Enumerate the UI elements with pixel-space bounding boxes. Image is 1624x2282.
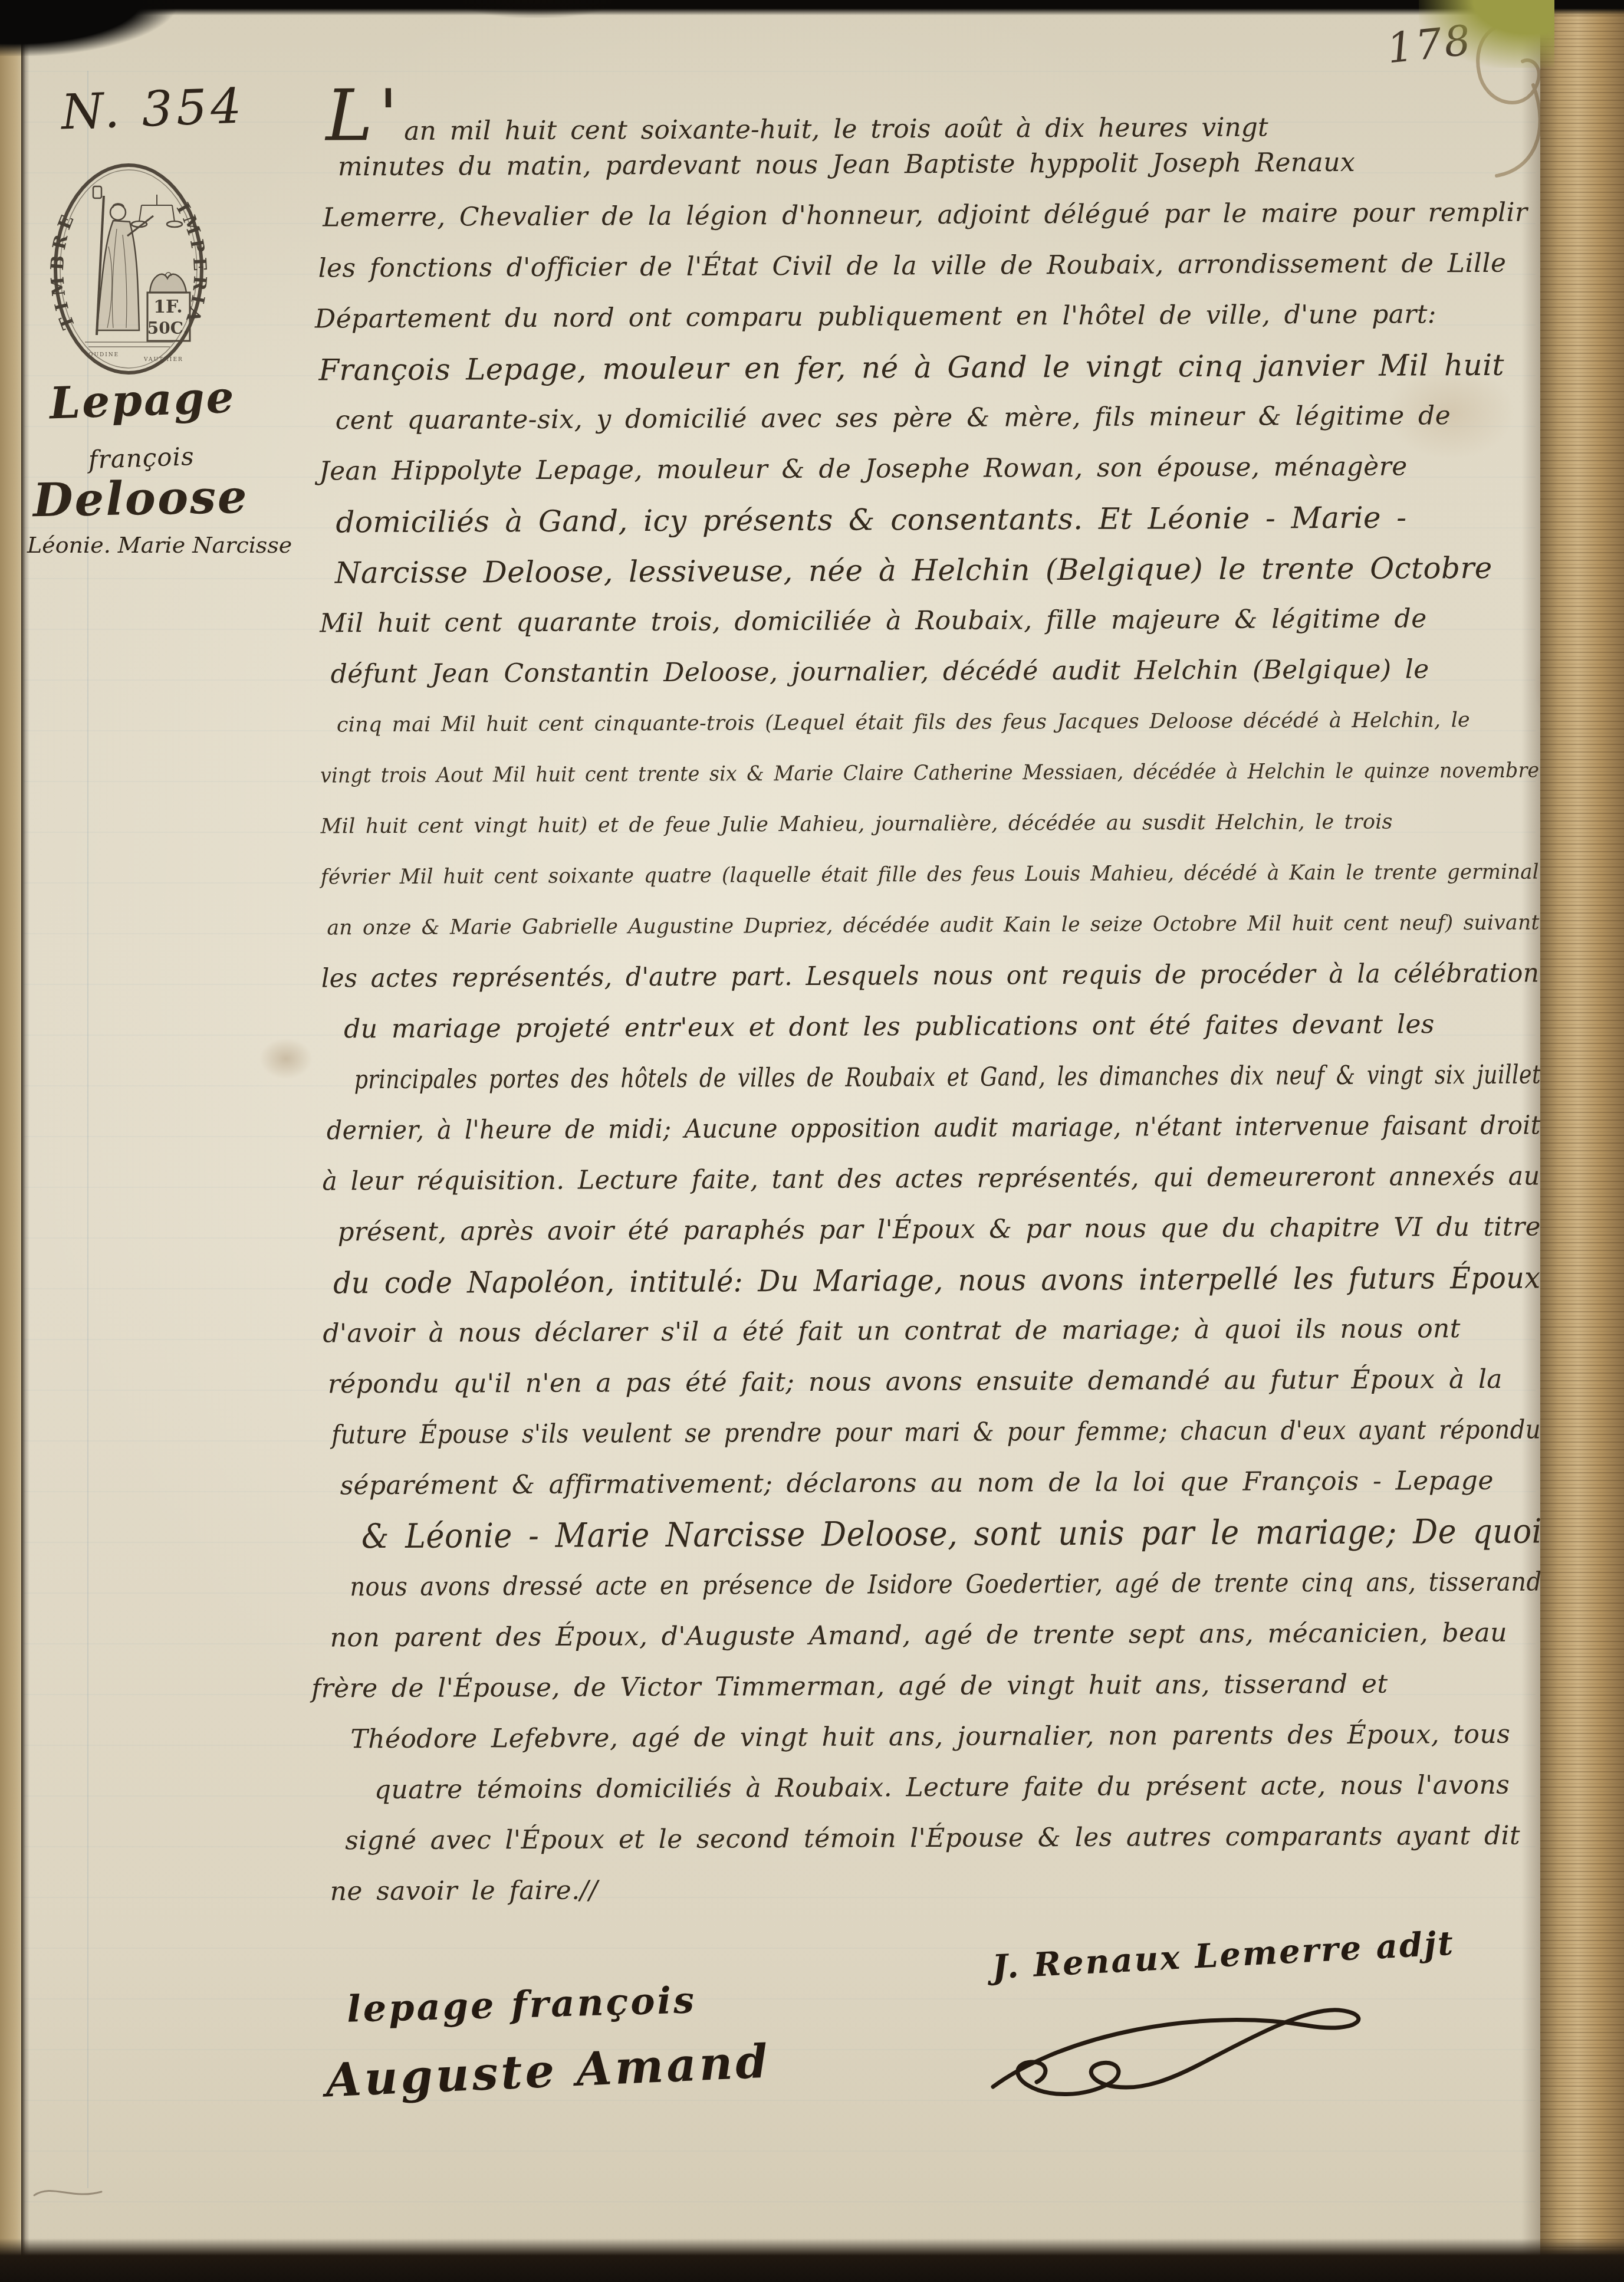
photo-edge-smudge xyxy=(460,0,613,18)
margin-bride-firstnames: Léonie. Marie Narcisse xyxy=(27,532,314,558)
stamp-engraver-right: VAUTHIER xyxy=(143,357,183,363)
manuscript-line: défunt Jean Constantin Deloose, journali… xyxy=(330,643,1538,700)
manuscript-line: frère de l'Épouse, de Victor Timmerman, … xyxy=(311,1658,1543,1714)
photo-corner-top-left xyxy=(0,0,177,56)
manuscript-line: principales portes des hôtels de villes … xyxy=(354,1050,1338,1105)
svg-text:TIMBRE: TIMBRE xyxy=(50,208,80,332)
paper-stain xyxy=(259,1038,313,1079)
manuscript-line: signé avec l'Époux et le second témoin l… xyxy=(345,1810,1543,1866)
manuscript-line: François Lepage, mouleur en fer, né à Ga… xyxy=(318,340,1537,396)
signature-groom: lepage françois xyxy=(346,1978,697,2030)
photo-edge-top xyxy=(0,0,1624,15)
manuscript-line: les actes représentés, d'autre part. Les… xyxy=(321,948,1491,1004)
manuscript-line: Théodore Lefebvre, agé de vingt huit ans… xyxy=(350,1709,1543,1765)
stamp-engraver-left: OUDINE xyxy=(88,352,119,358)
manuscript-line: Département du nord ont comparu publique… xyxy=(315,289,1537,345)
manuscript-line: Mil huit cent quarante trois, domiciliée… xyxy=(320,593,1538,649)
gutter-crease xyxy=(21,0,29,2282)
manuscript-line: quatre témoins domiciliés à Roubaix. Lec… xyxy=(374,1759,1543,1815)
signature-paraph-icon xyxy=(977,1997,1401,2127)
manuscript-line: cinq mai Mil huit cent cinquante-trois (… xyxy=(337,694,1538,750)
manuscript-line: du mariage projeté entr'eux et dont les … xyxy=(344,999,1540,1055)
binding-tape-corner xyxy=(1419,0,1554,68)
photo-edge-bottom xyxy=(0,2238,1624,2282)
manuscript-line: vingt trois Aout Mil huit cent trente si… xyxy=(320,746,1475,802)
manuscript-line: future Épouse s'ils veulent se prendre p… xyxy=(331,1405,1438,1460)
manuscript-line: à leur réquisition. Lecture faite, tant … xyxy=(322,1151,1503,1207)
manuscript-line: répondu qu'il n'en a pas été fait; nous … xyxy=(328,1354,1541,1410)
margin-groom-firstname: françois xyxy=(88,442,195,474)
book-gutter-left xyxy=(0,0,22,2282)
manuscript-line: an onze & Marie Gabrielle Augustine Dupr… xyxy=(327,898,1526,954)
manuscript-line: non parent des Époux, d'Auguste Amand, a… xyxy=(330,1607,1543,1663)
stamp-value-francs: 1F. xyxy=(153,297,183,317)
manuscript-line: Narcisse Deloose, lessiveuse, née à Helc… xyxy=(335,543,1538,599)
manuscript-line: Jean Hippolyte Lepage, mouleur & de Jose… xyxy=(319,441,1537,497)
manuscript-line: Mil huit cent vingt huit) et de feue Jul… xyxy=(321,796,1539,852)
manuscript-line: minutes du matin, pardevant nous Jean Ba… xyxy=(338,137,1536,193)
stamp-arc-left-label: TIMBRE xyxy=(50,208,80,332)
manuscript-line: Lemerre, Chevalier de la légion d'honneu… xyxy=(323,188,1536,244)
manuscript-line: dernier, à l'heure de midi; Aucune oppos… xyxy=(327,1101,1461,1156)
manuscript-lines: L'an mil huit cent soixante-huit, le tro… xyxy=(317,86,1543,1917)
pen-rest-mark xyxy=(31,2180,113,2204)
signature-witness: Auguste Amand xyxy=(324,2035,771,2108)
manuscript-line: les fonctions d'officier de l'État Civil… xyxy=(318,238,1536,294)
manuscript-line: ne savoir le faire.// xyxy=(330,1861,1543,1917)
margin-groom-surname: Lepage xyxy=(49,372,236,429)
manuscript-line: séparément & affirmativement; déclarons … xyxy=(340,1455,1541,1511)
manuscript-line: & Léonie - Marie Narcisse Deloose, sont … xyxy=(361,1506,1444,1562)
manuscript-line: présent, après avoir été paraphés par l'… xyxy=(338,1202,1527,1258)
stamp-value-centimes: 50C. xyxy=(147,319,189,338)
manuscript-line: du code Napoléon, intitulé: Du Mariage, … xyxy=(333,1253,1482,1308)
manuscript-line: domiciliés à Gand, icy présents & consen… xyxy=(336,492,1537,548)
margin-bride-surname: Deloose xyxy=(32,470,249,527)
manuscript-line: cent quarante-six, y domicilié avec ses … xyxy=(336,390,1537,446)
manuscript-line: d'avoir à nous déclarer s'il a été fait … xyxy=(323,1303,1541,1359)
register-page-scan: 178 N. 354 TIMBRE IMPERIAL. xyxy=(0,0,1624,2282)
manuscript-line: février Mil huit cent soixante quatre (l… xyxy=(321,847,1504,903)
manuscript-line: nous avons dressé acte en présence de Is… xyxy=(350,1557,1437,1613)
manuscript-line: L'an mil huit cent soixante-huit, le tro… xyxy=(326,86,1536,142)
act-number: N. 354 xyxy=(60,78,245,141)
imperial-stamp-icon: TIMBRE IMPERIAL. 1F. 50C. OUDINE VAUTHIE… xyxy=(50,158,208,380)
book-fore-edge xyxy=(1540,0,1624,2282)
signature-officer: J. Renaux Lemerre adjt xyxy=(991,1923,1456,1987)
